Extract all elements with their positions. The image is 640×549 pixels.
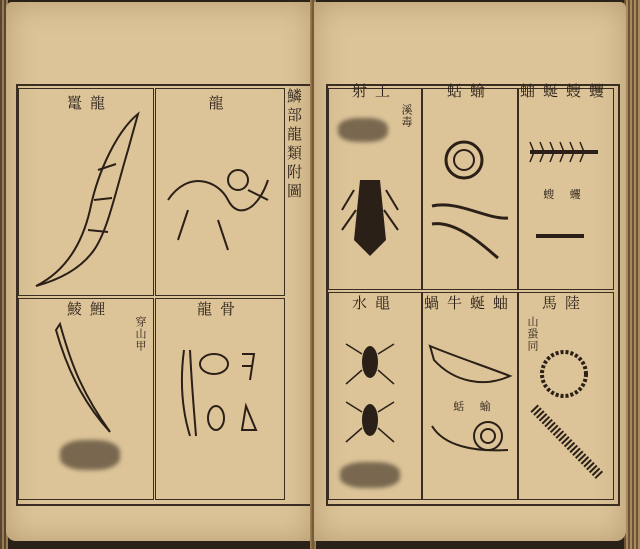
water-strider-illustration bbox=[340, 340, 400, 450]
panel-label: 龍骨 bbox=[175, 298, 265, 319]
panel-note: 蛞 蝓 bbox=[440, 398, 510, 414]
shegong-illustration bbox=[340, 160, 400, 260]
ink-smudge bbox=[60, 440, 120, 470]
panel-label: 水黽 bbox=[335, 292, 415, 313]
panel-label: 蚰蜒螋蠼 bbox=[520, 80, 610, 101]
open-book: 鱗部龍類附圖 鼍龍 龍 鯪鯉 穿山甲 龍骨 射工 溪毒 蛞蝓 bbox=[0, 0, 640, 549]
panel-label: 蛞蝓 bbox=[430, 80, 510, 101]
pangolin-illustration bbox=[50, 320, 120, 440]
panel-note: 螋 蠼 bbox=[530, 186, 600, 202]
snail-illustration bbox=[424, 326, 514, 466]
panel-note: 穿山甲 bbox=[132, 316, 148, 352]
panel-label: 蝸牛蜒蚰 bbox=[424, 292, 514, 313]
dragon-bones-illustration bbox=[170, 340, 270, 440]
ink-smudge bbox=[340, 462, 400, 488]
panel-label: 龍 bbox=[175, 92, 265, 113]
ink-smudge bbox=[338, 118, 388, 142]
panel-label: 射工 bbox=[335, 80, 415, 101]
slug-illustration bbox=[428, 130, 512, 270]
left-side-title: 鱗部龍類附圖 bbox=[284, 88, 305, 202]
panel-note: 溪毒 bbox=[398, 104, 414, 128]
book-right-edge bbox=[624, 0, 640, 549]
dragon-illustration bbox=[158, 150, 278, 260]
panel-label: 馬陸 bbox=[520, 292, 610, 313]
panel-label: 鯪鯉 bbox=[40, 298, 140, 319]
millipede-illustration bbox=[528, 346, 608, 486]
alligator-illustration bbox=[28, 110, 148, 290]
